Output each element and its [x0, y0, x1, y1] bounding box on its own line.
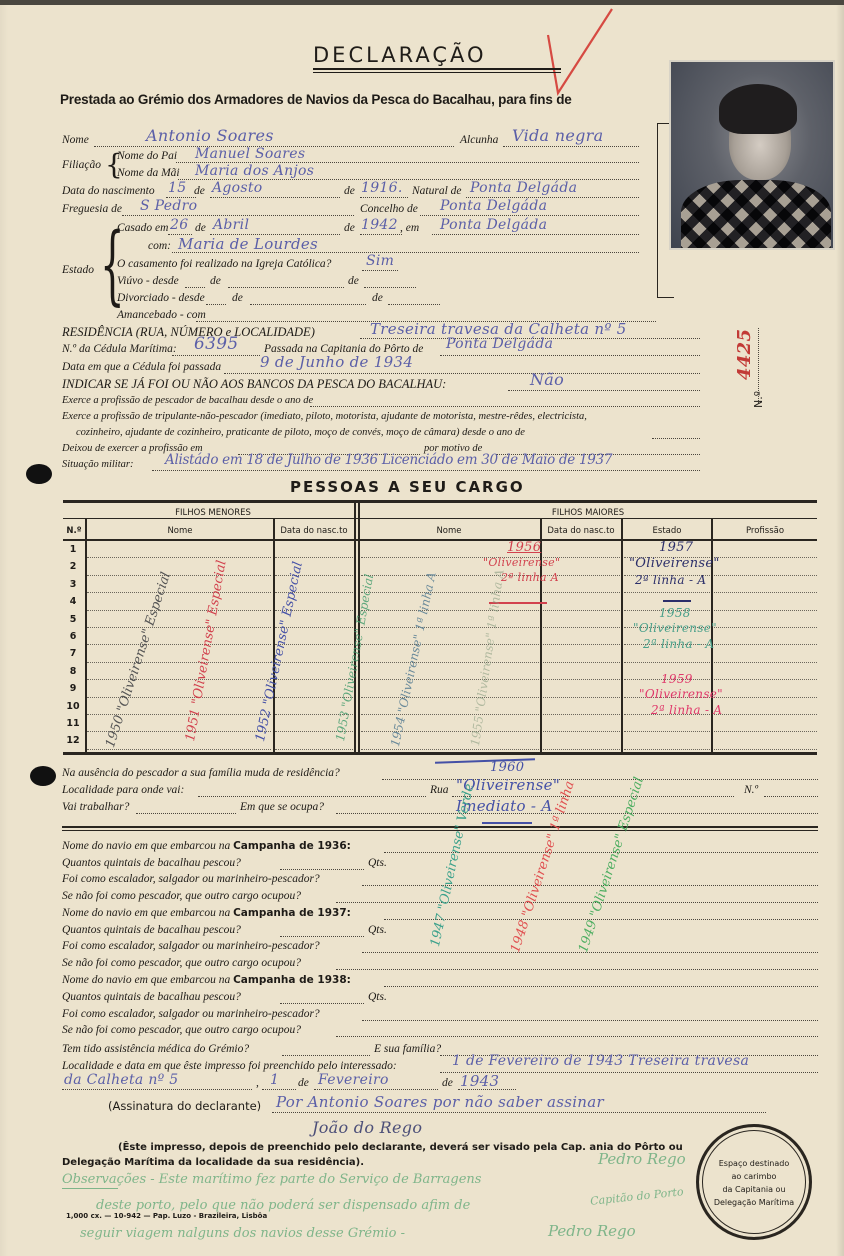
table-cell[interactable] — [714, 610, 817, 611]
militar-line — [152, 470, 700, 471]
trabalhar-label: Vai trabalhar? — [62, 801, 129, 813]
table-cell[interactable] — [275, 557, 353, 558]
casado-place-field[interactable]: Ponta Delgáda — [440, 217, 547, 233]
campanha-quintais-label: Quantos quintais de bacalhau pescou? — [62, 991, 241, 1003]
concelho-label: Concelho de — [360, 203, 418, 215]
divorciado-year-line — [388, 304, 440, 305]
assinatura-witness: João do Rego — [312, 1118, 422, 1137]
bancos-label: INDICAR SE JÁ FOI OU NÃO AOS BANCOS DA P… — [62, 377, 446, 392]
capitania-line — [440, 355, 700, 356]
final-year-field[interactable]: 1943 — [460, 1072, 499, 1090]
bancos-line — [508, 390, 700, 391]
militar-field[interactable]: Alistádo em 18 de Julho de 1936 Licenciá… — [165, 452, 612, 468]
col-nome-header: Nome — [87, 526, 273, 536]
campanha-outro-label: Se não foi como pescador, que outro carg… — [62, 957, 301, 969]
observacoes-line-2: deste porto, pelo que não poderá ser dis… — [96, 1198, 470, 1213]
annotation-1959-ship: "Oliveirense" — [639, 687, 723, 701]
nasc-year-field[interactable]: 1916. — [361, 180, 403, 196]
estado-label: Estado — [62, 264, 94, 276]
table-cell[interactable] — [361, 627, 539, 628]
row-number: 8 — [63, 666, 83, 677]
annotation-1954: 1954 "Oliveirense" 1ª linha A — [388, 571, 439, 748]
qts-label: Qts. — [368, 991, 387, 1003]
stamp-text-3: da Capitania ou — [699, 1183, 809, 1196]
table-cell[interactable] — [624, 662, 710, 663]
divider — [62, 826, 818, 828]
bancos-field[interactable]: Não — [530, 370, 564, 389]
capitao-signature-2: Pedro Rego — [548, 1222, 636, 1240]
casado-label: Casado em — [117, 222, 168, 234]
table-cell[interactable] — [624, 592, 710, 593]
annotation-1959-year: 1959 — [661, 672, 693, 686]
de-label: de — [344, 185, 355, 197]
campanha-navio-label: Nome do navio em que embarcou na Campanh… — [62, 974, 351, 986]
localidade-vai-line — [198, 796, 426, 797]
table-cell[interactable] — [714, 557, 817, 558]
table-cell[interactable] — [361, 749, 539, 750]
checkmark-icon — [540, 5, 620, 100]
muda-line — [382, 779, 818, 780]
nasc-label: Data do nascimento — [62, 185, 155, 197]
assistencia-line — [282, 1055, 370, 1056]
campanha-escalador-field[interactable] — [362, 1020, 818, 1021]
annotation-1947: 1947 "Oliveirense" Verde — [428, 782, 477, 948]
mae-field[interactable]: Maria dos Anjos — [195, 163, 314, 179]
divorciado-day-line — [206, 304, 226, 305]
row-number: 6 — [63, 631, 83, 642]
pescador-desde-label: Exerce a profissão de pescador de bacalh… — [62, 395, 313, 406]
nasc-year-line — [360, 197, 408, 198]
de-label: de — [195, 222, 206, 234]
annotation-1955: 1955 "Oliveirense" 1ª linha A — [468, 569, 507, 747]
stamp-area: Espaço destinado ao carimbo da Capitania… — [696, 1124, 812, 1240]
table-cell[interactable] — [87, 679, 271, 680]
nasc-month-line — [210, 197, 340, 198]
nome-field[interactable]: Antonio Soares — [146, 126, 274, 145]
table-cell[interactable] — [361, 697, 539, 698]
qts-label: Qts. — [368, 924, 387, 936]
row-number: 12 — [63, 735, 83, 746]
table-cell[interactable] — [87, 592, 271, 593]
annotation-1952: 1952 "Oliveirense" Especial — [253, 560, 306, 743]
pescador-desde-line — [310, 406, 700, 407]
campanha-quintais-field[interactable] — [280, 869, 364, 870]
declaration-form: DECLARAÇÃO Prestada ao Grémio dos Armado… — [0, 0, 844, 1256]
table-cell[interactable] — [87, 610, 271, 611]
freguesia-label: Freguesia de — [62, 203, 122, 215]
table-cell[interactable] — [275, 662, 353, 663]
nasc-month-field[interactable]: Agosto — [212, 180, 263, 196]
divorciado-month-line — [250, 304, 366, 305]
localidade-data-field-2[interactable]: da Calheta nº 5 — [64, 1072, 178, 1088]
annotation-1956-ship: "Oliveirense" — [483, 556, 560, 569]
table-cell[interactable] — [87, 575, 271, 576]
final-month-field[interactable]: Fevereiro — [318, 1072, 389, 1088]
annotation-1950: 1950 "Oliveirense" Especial — [103, 570, 174, 749]
annotation-1957-line: 2ª linha - A — [635, 573, 706, 587]
table-cell[interactable] — [714, 697, 817, 698]
de-label: de — [442, 1077, 453, 1089]
ocupa-line — [336, 813, 818, 814]
annotation-1958-ship: "Oliveirense" — [633, 621, 717, 635]
de-label: de — [372, 292, 383, 304]
punch-hole — [26, 464, 52, 484]
row-number: 3 — [63, 579, 83, 590]
row-number: 11 — [63, 718, 83, 729]
row-number: 10 — [63, 701, 83, 712]
observacoes-line-1: Observações - Este marítimo fez parte do… — [62, 1172, 481, 1187]
table-cell[interactable] — [543, 679, 620, 680]
annotation-1956-line: 2ª linha A — [501, 571, 559, 584]
table-cell[interactable] — [361, 644, 539, 645]
campanha-outro-label: Se não foi como pescador, que outro carg… — [62, 890, 301, 902]
freguesia-line — [122, 215, 354, 216]
assinatura-label: (Assinatura do declarante) — [108, 1099, 261, 1113]
cedula-data-field[interactable]: 9 de Junho de 1934 — [260, 353, 413, 371]
table-cell[interactable] — [275, 679, 353, 680]
final-day-field[interactable]: 1 — [270, 1072, 279, 1088]
trabalhar-line — [136, 813, 236, 814]
viuvo-year-line — [364, 287, 416, 288]
annotation-1949: 1949 "Oliveirense" Especial — [576, 775, 647, 954]
com-field[interactable]: Maria de Lourdes — [178, 235, 318, 253]
table-cell[interactable] — [624, 749, 710, 750]
table-cell[interactable] — [361, 679, 539, 680]
annotation-1957-ship: "Oliveirense" — [629, 556, 720, 571]
alcunha-line — [503, 146, 639, 147]
row-number: 5 — [63, 614, 83, 625]
natural-field[interactable]: Ponta Delgáda — [470, 180, 577, 196]
com-label: com: — [148, 240, 171, 252]
freguesia-field[interactable]: S Pedro — [140, 198, 197, 214]
table-cell[interactable] — [543, 662, 620, 663]
igreja-label: O casamento foi realizado na Igreja Cató… — [117, 258, 331, 270]
localidade-vai-label: Localidade para onde vai: — [62, 784, 184, 796]
form-subtitle: Prestada ao Grémio dos Armadores de Navi… — [60, 92, 572, 107]
igreja-line — [362, 270, 398, 271]
natural-label: Natural de — [412, 185, 462, 197]
viuvo-label: Viúvo - desde — [117, 275, 179, 287]
printer-imprint: 1,000 cx. — 10-942 — Pap. Luzo - Brazile… — [66, 1212, 267, 1220]
portrait-photo — [669, 60, 835, 250]
table-cell[interactable] — [275, 749, 353, 750]
side-number-line — [758, 328, 759, 403]
cedula-data-label: Data em que a Cédula foi passada — [62, 361, 221, 373]
underline-ocupa — [482, 822, 532, 824]
de-label: de — [194, 185, 205, 197]
casado-day-field[interactable]: 26 — [170, 217, 188, 233]
scan-edge — [0, 0, 844, 5]
row-number: 4 — [63, 596, 83, 607]
col-n-header: N.º — [63, 526, 85, 536]
pai-label: Nome do Pai — [117, 150, 177, 162]
campanha-escalador-label: Foi como escalador, salgador ou marinhei… — [62, 940, 320, 952]
observacoes-line-3: seguir viagem nalguns dos navios desse G… — [80, 1226, 405, 1241]
campanha-outro-field[interactable] — [336, 969, 818, 970]
table-cell[interactable] — [543, 749, 620, 750]
concelho-line — [420, 215, 639, 216]
obs-underline — [62, 1188, 118, 1189]
menores-header: FILHOS MENORES — [83, 508, 343, 518]
casado-month-field[interactable]: Abril — [213, 217, 249, 233]
igreja-field[interactable]: Sim — [366, 253, 394, 269]
comma: , — [256, 1077, 259, 1089]
table-cell[interactable] — [714, 731, 817, 732]
col-nome2-header: Nome — [359, 526, 539, 536]
table-cell[interactable] — [543, 592, 620, 593]
row-number: 2 — [63, 561, 83, 572]
campanha-navio-label: Nome do navio em que embarcou na Campanh… — [62, 840, 351, 852]
table-cell[interactable] — [714, 644, 817, 645]
table-cell[interactable] — [275, 575, 353, 576]
table-cell[interactable] — [361, 714, 539, 715]
table-cell[interactable] — [87, 662, 271, 663]
campanha-navio-field[interactable] — [384, 986, 818, 987]
campanha-quintais-field[interactable] — [280, 936, 364, 937]
stamp-text-2: ao carimbo — [699, 1170, 809, 1183]
campanha-outro-label: Se não foi como pescador, que outro carg… — [62, 1024, 301, 1036]
nome-label: Nome — [62, 134, 89, 146]
table-cell[interactable] — [714, 662, 817, 663]
rua-label: Rua — [430, 784, 449, 796]
annotation-1951: 1951 "Oliveirense" Especial — [183, 559, 230, 742]
localidade-line-2 — [62, 1089, 252, 1090]
stamp-text-1: Espaço destinado — [699, 1157, 809, 1170]
table-cell[interactable] — [543, 627, 620, 628]
campanha-navio-label: Nome do navio em que embarcou na Campanh… — [62, 907, 351, 919]
obs-signature-title: Capitão do Porto — [590, 1185, 685, 1208]
maiores-header: FILHOS MAIORES — [359, 508, 817, 518]
table-cell[interactable] — [714, 714, 817, 715]
stamp-text-4: Delegação Marítima — [699, 1196, 809, 1209]
campanha-outro-field[interactable] — [336, 902, 818, 903]
alcunha-field[interactable]: Vida negra — [512, 126, 603, 145]
divider — [62, 830, 818, 831]
col-data-header: Data do nasc.to — [275, 526, 353, 536]
casado-year-line — [360, 234, 402, 235]
punch-hole — [30, 766, 56, 786]
localidade-data-label: Localidade e data em que êste impresso f… — [62, 1060, 397, 1072]
table-cell[interactable] — [361, 592, 539, 593]
tripulante-line — [652, 438, 700, 439]
table-cell[interactable] — [87, 644, 271, 645]
viuvo-month-line — [228, 287, 344, 288]
viuvo-day-line — [185, 287, 205, 288]
de-label: de — [348, 275, 359, 287]
col-data2-header: Data do nasc.to — [541, 526, 621, 536]
campanha-quintais-field[interactable] — [280, 1003, 364, 1004]
campanha-escalador-field[interactable] — [362, 885, 818, 886]
col-estado-header: Estado — [623, 526, 711, 536]
familia-assist-label: E sua família? — [374, 1043, 441, 1055]
table-cell[interactable] — [624, 731, 710, 732]
tripulante-label-1: Exerce a profissão de tripulante-não-pes… — [62, 411, 587, 422]
row-number: 1 — [63, 544, 83, 555]
muda-field[interactable]: 1960 — [490, 760, 524, 775]
dependents-table: FILHOS MENORES FILHOS MAIORES N.º Nome D… — [63, 500, 817, 755]
table-cell[interactable] — [87, 557, 271, 558]
row-number: 9 — [63, 683, 83, 694]
table-cell[interactable] — [543, 714, 620, 715]
campanha-escalador-label: Foi como escalador, salgador ou marinhei… — [62, 873, 320, 885]
annotation-1956-year: 1956 — [507, 540, 541, 555]
casado-year-field[interactable]: 1942 — [361, 217, 398, 233]
qts-label: Qts. — [368, 857, 387, 869]
page-title: DECLARAÇÃO — [313, 43, 487, 67]
num-label: N.º — [744, 784, 758, 796]
pessoas-title: PESSOAS A SEU CARGO — [290, 478, 525, 496]
table-cell[interactable] — [543, 731, 620, 732]
filiacao-label: Filiação — [62, 159, 101, 171]
alcunha-label: Alcunha — [460, 134, 498, 146]
cedula-numero-field[interactable]: 6395 — [194, 334, 238, 354]
mae-label: Nome da Mãi — [117, 167, 180, 179]
num-line — [764, 796, 818, 797]
annotation-1959-line: 2ª linha - A — [651, 703, 722, 717]
col-profissao-header: Profissão — [713, 526, 817, 536]
underline-1957 — [663, 600, 691, 602]
day-line — [262, 1089, 296, 1090]
de-label: de — [344, 222, 355, 234]
assistencia-label: Tem tido assistência médica do Grémio? — [62, 1043, 249, 1055]
campanha-quintais-label: Quantos quintais de bacalhau pescou? — [62, 924, 241, 936]
month-line — [314, 1089, 438, 1090]
side-number-value[interactable]: 4425 — [734, 329, 755, 380]
cedula-numero-label: N.º da Cédula Marítima: — [62, 343, 177, 355]
table-cell[interactable] — [87, 697, 271, 698]
table-cell[interactable] — [714, 575, 817, 576]
de-label: de — [232, 292, 243, 304]
title-underline — [313, 68, 561, 70]
concelho-field[interactable]: Ponta Delgáda — [440, 198, 547, 214]
cedula-data-line — [224, 373, 700, 374]
title-underline-2 — [313, 72, 561, 73]
table-cell[interactable] — [361, 610, 539, 611]
cedula-numero-line — [172, 355, 260, 356]
em-label: , em — [400, 222, 419, 234]
tripulante-label-2: cozinheiro, ajudante de cozinheiro, prat… — [76, 427, 525, 438]
table-cell[interactable] — [714, 627, 817, 628]
casado-place-line — [432, 234, 639, 235]
table-cell[interactable] — [714, 592, 817, 593]
notice-line-2: Delegação Marítima da localidade da sua … — [62, 1155, 364, 1170]
amancebado-label: Amancebado - com — [117, 309, 206, 321]
table-cell[interactable] — [543, 697, 620, 698]
table-cell[interactable] — [87, 627, 271, 628]
pai-field[interactable]: Manuel Soares — [195, 146, 305, 162]
divorciado-label: Divorciado - desde — [117, 292, 205, 304]
assinatura-line — [272, 1112, 766, 1113]
militar-label: Situação militar: — [62, 459, 133, 470]
campanha-escalador-label: Foi como escalador, salgador ou marinhei… — [62, 1008, 320, 1020]
residencia-label: RESIDÊNCIA (RUA, NÚMERO e LOCALIDADE) — [62, 325, 315, 340]
campanha-quintais-label: Quantos quintais de bacalhau pescou? — [62, 857, 241, 869]
annotation-1958-line: 2ª linha - A — [643, 637, 714, 651]
table-cell[interactable] — [714, 679, 817, 680]
ocupa-label: Em que se ocupa? — [240, 801, 324, 813]
annotation-1957-year: 1957 — [659, 540, 693, 555]
campanha-outro-field[interactable] — [336, 1036, 818, 1037]
muda-label: Na ausência do pescador a sua família mu… — [62, 767, 340, 779]
annotation-1958-year: 1958 — [659, 606, 691, 620]
table-cell[interactable] — [361, 731, 539, 732]
capitania-field[interactable]: Ponta Delgáda — [446, 336, 553, 352]
localidade-data-field[interactable]: 1 de Fevereiro de 1943 Treseira travesa — [452, 1053, 749, 1069]
table-cell[interactable] — [714, 749, 817, 750]
table-cell[interactable] — [361, 662, 539, 663]
table-cell[interactable] — [543, 644, 620, 645]
table-cell[interactable] — [543, 610, 620, 611]
row-number: 7 — [63, 648, 83, 659]
de-label: de — [298, 1077, 309, 1089]
assinatura-field[interactable]: Por Antonio Soares por não saber assinar — [276, 1093, 604, 1111]
capitao-signature-1: Pedro Rego — [598, 1150, 686, 1168]
nasc-day-field[interactable]: 15 — [168, 180, 186, 196]
de-label: de — [210, 275, 221, 287]
